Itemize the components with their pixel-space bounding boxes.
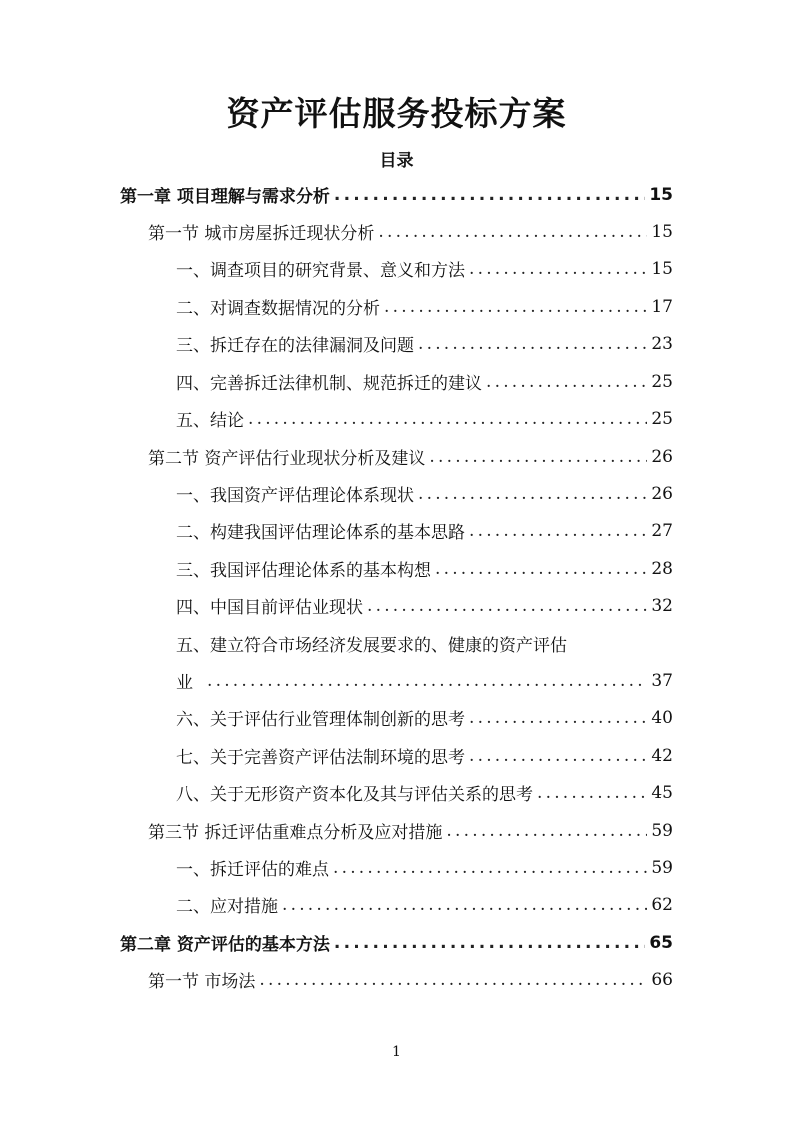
- document-title: 资产评估服务投标方案: [0, 88, 793, 135]
- toc-entry[interactable]: 第二节 资产评估行业现状分析及建议.......................…: [148, 438, 673, 475]
- toc-page: 37: [651, 671, 673, 691]
- toc-entry[interactable]: 六、关于评估行业管理体制创新的思考.......................…: [176, 699, 673, 736]
- toc-entry[interactable]: 一、我国资产评估理论体系现状..........................…: [176, 475, 673, 512]
- toc-entry[interactable]: 三、我国评估理论体系的基本构想.........................…: [176, 550, 673, 587]
- toc-leader: ........................................…: [469, 708, 647, 728]
- toc-entry[interactable]: 四、中国目前评估业现状.............................…: [176, 587, 673, 624]
- toc-leader: ........................................…: [435, 559, 647, 579]
- toc-page: 25: [651, 409, 673, 429]
- toc-entry[interactable]: 七、关于完善资产评估法制环境的思考.......................…: [176, 737, 673, 774]
- toc-entry[interactable]: 四、完善拆迁法律机制、规范拆迁的建议......................…: [176, 363, 673, 400]
- toc-entry[interactable]: 第一章 项目理解与需求分析...........................…: [120, 176, 673, 213]
- toc-page: 17: [651, 297, 673, 317]
- toc-page: 15: [651, 222, 673, 242]
- toc-leader: ........................................…: [334, 185, 645, 205]
- toc-leader: ........................................…: [378, 222, 647, 242]
- toc-leader: ........................................…: [418, 334, 647, 354]
- toc-leader: ........................................…: [248, 409, 647, 429]
- toc-entry[interactable]: 第一节 市场法.................................…: [148, 961, 673, 998]
- toc-leader: ........................................…: [469, 521, 647, 541]
- toc-page: 59: [651, 858, 673, 878]
- toc-leader: ........................................…: [207, 671, 647, 691]
- toc-page: 66: [651, 970, 673, 990]
- toc-label: 三、拆迁存在的法律漏洞及问题: [176, 331, 414, 356]
- toc-leader: ........................................…: [282, 895, 647, 915]
- toc-entry[interactable]: 二、构建我国评估理论体系的基本思路.......................…: [176, 512, 673, 549]
- toc-leader: ........................................…: [446, 821, 647, 841]
- toc-label: 第一节 城市房屋拆迁现状分析: [148, 219, 374, 244]
- toc-label: 五、建立符合市场经济发展要求的、健康的资产评估: [176, 631, 567, 656]
- toc-page: 15: [651, 259, 673, 279]
- toc-leader: ........................................…: [486, 372, 647, 392]
- toc-page: 45: [651, 783, 673, 803]
- toc-leader: ........................................…: [384, 297, 647, 317]
- toc-label: 三、我国评估理论体系的基本构想: [176, 556, 431, 581]
- toc-page: 26: [651, 484, 673, 504]
- toc-entry[interactable]: 二、应对措施..................................…: [176, 886, 673, 923]
- toc-heading: 目录: [0, 146, 793, 171]
- toc-page: 40: [651, 708, 673, 728]
- toc-leader: ........................................…: [333, 858, 647, 878]
- toc-entry[interactable]: 八、关于无形资产资本化及其与评估关系的思考...................…: [176, 774, 673, 811]
- toc-label: 一、拆迁评估的难点: [176, 855, 329, 880]
- toc-leader: ........................................…: [367, 596, 647, 616]
- toc-entry[interactable]: 五、建立符合市场经济发展要求的、健康的资产评估: [176, 625, 673, 662]
- toc-label: 五、结论: [176, 406, 244, 431]
- toc-label: 第二章 资产评估的基本方法: [120, 930, 330, 955]
- toc-entry[interactable]: 业.......................................…: [176, 662, 673, 699]
- toc-page: 27: [651, 521, 673, 541]
- toc-entry[interactable]: 第二章 资产评估的基本方法...........................…: [120, 924, 673, 961]
- toc-label: 第三节 拆迁评估重难点分析及应对措施: [148, 818, 442, 843]
- toc-label: 二、应对措施: [176, 892, 278, 917]
- toc-label: 四、中国目前评估业现状: [176, 593, 363, 618]
- toc-label: 业: [176, 668, 193, 693]
- page-number: 1: [0, 1044, 793, 1060]
- toc-label: 第一章 项目理解与需求分析: [120, 182, 330, 207]
- toc-leader: ........................................…: [259, 970, 647, 990]
- toc-page: 28: [651, 559, 673, 579]
- toc-entry[interactable]: 第三节 拆迁评估重难点分析及应对措施......................…: [148, 812, 673, 849]
- toc-label: 第二节 资产评估行业现状分析及建议: [148, 444, 425, 469]
- toc-label: 一、调查项目的研究背景、意义和方法: [176, 256, 465, 281]
- toc-leader: ........................................…: [469, 746, 647, 766]
- toc-page: 23: [651, 334, 673, 354]
- toc-label: 第一节 市场法: [148, 967, 255, 992]
- toc-leader: ........................................…: [418, 484, 647, 504]
- toc-leader: ........................................…: [429, 447, 647, 467]
- toc-entry[interactable]: 二、对调查数据情况的分析............................…: [176, 288, 673, 325]
- toc-entry[interactable]: 一、调查项目的研究背景、意义和方法.......................…: [176, 250, 673, 287]
- toc-entry[interactable]: 第一节 城市房屋拆迁现状分析..........................…: [148, 213, 673, 250]
- toc-page: 42: [651, 746, 673, 766]
- toc-label: 八、关于无形资产资本化及其与评估关系的思考: [176, 780, 533, 805]
- toc-label: 二、对调查数据情况的分析: [176, 294, 380, 319]
- toc-label: 二、构建我国评估理论体系的基本思路: [176, 518, 465, 543]
- toc-leader: ........................................…: [469, 259, 647, 279]
- toc-label: 一、我国资产评估理论体系现状: [176, 481, 414, 506]
- toc-page: 59: [651, 821, 673, 841]
- toc-label: 七、关于完善资产评估法制环境的思考: [176, 743, 465, 768]
- toc-page: 32: [651, 596, 673, 616]
- toc-page: 65: [649, 933, 673, 953]
- toc-leader: ........................................…: [537, 783, 647, 803]
- toc-page: 25: [651, 372, 673, 392]
- toc-page: 62: [651, 895, 673, 915]
- toc-entry[interactable]: 五、结论....................................…: [176, 400, 673, 437]
- toc-label: 四、完善拆迁法律机制、规范拆迁的建议: [176, 369, 482, 394]
- toc-entry[interactable]: 一、拆迁评估的难点...............................…: [176, 849, 673, 886]
- toc-leader: ........................................…: [334, 933, 645, 953]
- toc-label: 六、关于评估行业管理体制创新的思考: [176, 705, 465, 730]
- toc-page: 15: [649, 185, 673, 205]
- toc-entry[interactable]: 三、拆迁存在的法律漏洞及问题..........................…: [176, 325, 673, 362]
- toc-page: 26: [651, 447, 673, 467]
